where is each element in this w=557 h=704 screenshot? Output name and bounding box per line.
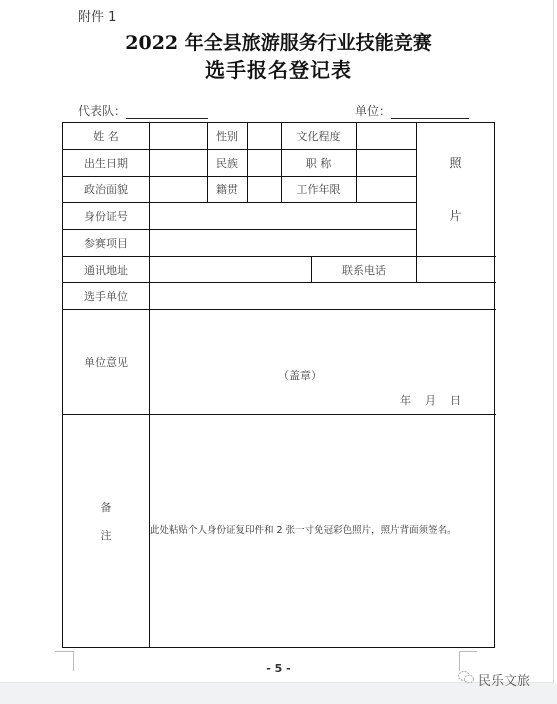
id-label: 身份证号 [63, 203, 149, 229]
player-unit-label: 选手单位 [63, 283, 149, 309]
years-label: 工作年限 [281, 176, 356, 202]
political-label: 政治面貌 [63, 176, 149, 202]
phone-input[interactable] [417, 257, 494, 282]
political-input[interactable] [150, 176, 207, 202]
event-input[interactable] [150, 230, 416, 256]
education-input[interactable] [357, 123, 416, 149]
gender-input[interactable] [248, 123, 281, 149]
unit-field: 单位： [355, 102, 469, 119]
education-label: 文化程度 [281, 123, 356, 149]
team-input-line[interactable] [126, 106, 208, 119]
address-label: 通讯地址 [63, 257, 149, 282]
document-page: 附件 1 2022 年全县旅游服务行业技能竞赛 选手报名登记表 代表队： 单位：… [0, 0, 554, 683]
address-input[interactable] [150, 257, 311, 282]
wechat-icon [458, 670, 474, 684]
date-text: 年 月 日 [400, 392, 461, 408]
registration-table: 姓 名 性别 文化程度 出生日期 民族 职 称 政治面貌 籍贯 工作年限 照 片… [62, 122, 495, 648]
remarks-label-1: 备 [101, 499, 112, 515]
name-input[interactable] [150, 123, 207, 149]
photo-label-2: 片 [449, 207, 461, 224]
remarks-label-2: 注 [101, 527, 112, 543]
native-label: 籍贯 [207, 176, 247, 202]
photo-label-1: 照 [449, 154, 461, 171]
opinion-label-cell: 单位意见 [63, 310, 149, 414]
seal-text: （盖章） [278, 367, 322, 383]
opinion-input[interactable]: （盖章） 年 月 日 [150, 310, 494, 414]
remarks-label-cell: 备 注 [63, 415, 149, 647]
event-label: 参赛项目 [63, 230, 149, 256]
ethnicity-label: 民族 [207, 150, 247, 176]
id-input[interactable] [150, 203, 416, 229]
unit-label: 单位： [355, 104, 391, 118]
phone-label: 联系电话 [312, 257, 416, 282]
corner-mark [459, 651, 477, 652]
remarks-text: 此处粘贴个人身份证复印件和 2 张一寸免冠彩色照片，照片背面须签名。 [150, 522, 457, 536]
title-label: 职 称 [281, 150, 356, 176]
remarks-input[interactable]: 此处粘贴个人身份证复印件和 2 张一寸免冠彩色照片，照片背面须签名。 [150, 415, 494, 647]
ethnicity-input[interactable] [248, 150, 281, 176]
name-label: 姓 名 [63, 123, 149, 149]
native-input[interactable] [248, 176, 281, 202]
opinion-label: 单位意见 [84, 354, 128, 370]
unit-input-line[interactable] [391, 106, 469, 119]
form-subtitle: 选手报名登记表 [0, 54, 557, 83]
title-input[interactable] [357, 150, 416, 176]
birth-label: 出生日期 [63, 150, 149, 176]
attachment-label: 附件 1 [78, 6, 116, 25]
gender-label: 性别 [207, 123, 247, 149]
watermark: 民乐文旅 [478, 670, 530, 689]
corner-mark [55, 651, 73, 652]
form-title: 2022 年全县旅游服务行业技能竞赛 [0, 28, 557, 55]
team-field: 代表队： [78, 102, 208, 119]
viewer-background [0, 683, 557, 704]
birth-input[interactable] [150, 150, 207, 176]
photo-box[interactable]: 照 片 [417, 123, 494, 256]
years-input[interactable] [357, 176, 416, 202]
team-label: 代表队： [78, 104, 126, 118]
player-unit-input[interactable] [150, 283, 494, 309]
